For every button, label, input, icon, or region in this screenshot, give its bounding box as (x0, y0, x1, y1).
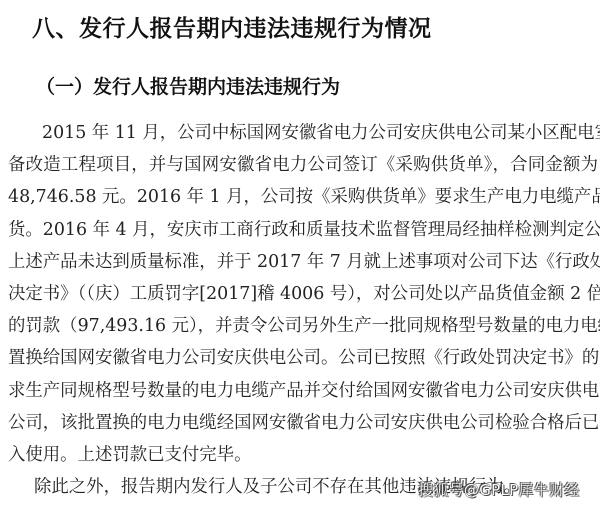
paragraph-violation-details: 2015 年 11 月，公司中标国网安徽省电力公司安庆供电公司某小区配电室设 备… (8, 117, 598, 471)
watermark: 搜狐号@GPLP犀牛财经 (418, 479, 580, 500)
paragraph-line: 置换给国网安徽省电力公司安庆供电公司。公司已按照《行政处罚决定书》的要 (8, 342, 598, 374)
section-title: 八、发行人报告期内违法违规行为情况 (32, 10, 432, 43)
paragraph-line: 上述产品未达到质量标准，并于 2017 年 7 月就上述事项对公司下达《行政处罚 (8, 246, 598, 278)
paragraph-line: 2015 年 11 月，公司中标国网安徽省电力公司安庆供电公司某小区配电室设 (8, 117, 598, 149)
paragraph-line: 决定书》（（庆）工质罚字[2017]稽 4006 号），对公司处以产品货值金额 … (8, 278, 598, 310)
subsection-title: （一）发行人报告期内违法违规行为 (36, 72, 340, 99)
paragraph-line: 入使用。上述罚款已支付完毕。 (8, 439, 598, 471)
paragraph-line: 的罚款（97,493.16 元），并责令公司另外生产一批同规格型号数量的电力电缆 (8, 310, 598, 342)
paragraph-line: 备改造工程项目，并与国网安徽省电力公司签订《采购供货单》，合同金额为 (8, 149, 598, 181)
paragraph-line: 48,746.58 元。2016 年 1 月，公司按《采购供货单》要求生产电力电… (8, 181, 598, 213)
paragraph-line: 求生产同规格型号数量的电力电缆产品并交付给国网安徽省电力公司安庆供电 (8, 375, 598, 407)
paragraph-line: 货。2016 年 4 月，安庆市工商行政和质量技术监督管理局经抽样检测判定公司 (8, 214, 598, 246)
paragraph-line: 公司，该批置换的电力电缆经国网安徽省电力公司安庆供电公司检验合格后已投 (8, 407, 598, 439)
